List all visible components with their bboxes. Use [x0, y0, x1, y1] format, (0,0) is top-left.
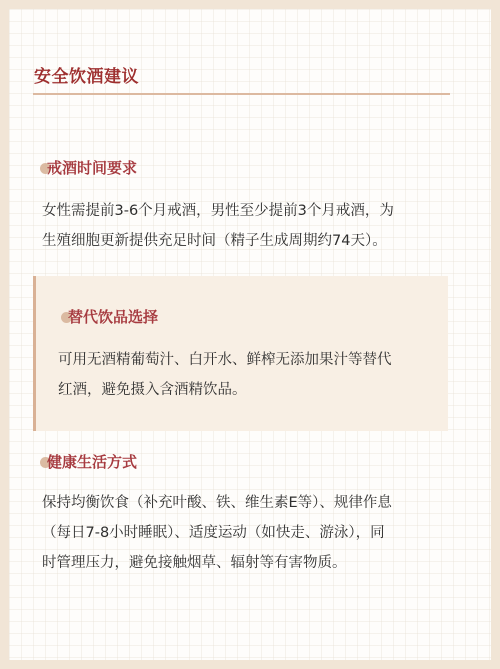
section-heading-label: 健康生活方式: [47, 453, 137, 471]
body-line: 生殖细胞更新提供充足时间（精子生成周期约74天）。: [42, 226, 394, 256]
page-title: 安全饮酒建议: [34, 62, 139, 87]
section-body-alternative-drinks: 可用无酒精葡萄汁、白开水、鲜榨无添加果汁等替代 红酒，避免摄入含酒精饮品。: [58, 345, 392, 405]
section-heading-alternative-drinks: 替代饮品选择: [68, 307, 158, 327]
body-line: 红酒，避免摄入含酒精饮品。: [58, 375, 392, 405]
section-heading-abstinence-timing: 戒酒时间要求: [47, 158, 137, 178]
body-line: 可用无酒精葡萄汁、白开水、鲜榨无添加果汁等替代: [58, 345, 392, 375]
section-heading-label: 替代饮品选择: [68, 308, 158, 326]
body-line: 女性需提前3-6个月戒酒，男性至少提前3个月戒酒，为: [42, 196, 394, 226]
body-line: （每日7-8小时睡眠）、适度运动（如快走、游泳），同: [42, 518, 392, 548]
section-heading-label: 戒酒时间要求: [47, 159, 137, 177]
body-line: 保持均衡饮食（补充叶酸、铁、维生素E等）、规律作息: [42, 488, 392, 518]
section-body-abstinence-timing: 女性需提前3-6个月戒酒，男性至少提前3个月戒酒，为 生殖细胞更新提供充足时间（…: [42, 196, 394, 256]
title-divider: [33, 93, 450, 95]
body-line: 时管理压力，避免接触烟草、辐射等有害物质。: [42, 548, 392, 578]
section-body-healthy-lifestyle: 保持均衡饮食（补充叶酸、铁、维生素E等）、规律作息 （每日7-8小时睡眠）、适度…: [42, 488, 392, 578]
section-heading-healthy-lifestyle: 健康生活方式: [47, 452, 137, 472]
